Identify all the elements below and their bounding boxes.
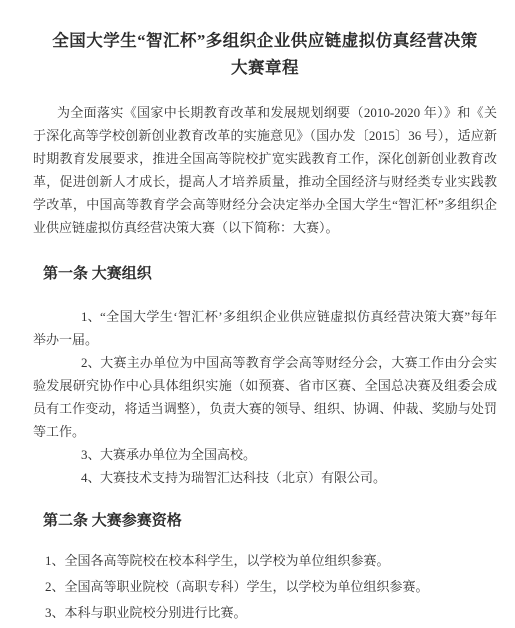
item-number: 1、 <box>45 553 65 568</box>
item-text: 大赛技术支持为瑞智汇达科技（北京）有限公司。 <box>100 470 386 485</box>
item-number: 3、 <box>57 443 100 466</box>
item-text: 本科与职业院校分别进行比赛。 <box>65 605 247 620</box>
section-2-heading: 第二条 大赛参赛资格 <box>33 511 497 531</box>
section-2-list: 1、全国各高等院校在校本科学生，以学校为单位组织参赛。 2、全国高等职业院校（高… <box>33 549 497 624</box>
document-page: 全国大学生“智汇杯”多组织企业供应链虚拟仿真经营决策大赛章程 为全面落实《国家中… <box>0 0 515 628</box>
doc-title-line1: 全国大学生“智汇杯”多组织企业供应链虚拟仿真经营决策 <box>52 31 478 50</box>
list-item: 1、“全国大学生‘智汇杯’多组织企业供应链虚拟仿真经营决策大赛”每年举办一届。 <box>33 305 497 351</box>
list-item: 4、大赛技术支持为瑞智汇达科技（北京）有限公司。 <box>33 466 497 489</box>
item-number: 4、 <box>57 466 100 489</box>
item-number: 3、 <box>45 605 65 620</box>
list-item: 3、大赛承办单位为全国高校。 <box>33 443 497 466</box>
section-1-list: 1、“全国大学生‘智汇杯’多组织企业供应链虚拟仿真经营决策大赛”每年举办一届。 … <box>33 305 497 489</box>
section-1-heading: 第一条 大赛组织 <box>33 264 497 284</box>
item-text: 大赛主办单位为中国高等教育学会高等财经分会，大赛工作由分会实验发展研究协作中心具… <box>33 355 497 439</box>
list-item: 2、大赛主办单位为中国高等教育学会高等财经分会，大赛工作由分会实验发展研究协作中… <box>33 351 497 443</box>
doc-title: 全国大学生“智汇杯”多组织企业供应链虚拟仿真经营决策大赛章程 <box>33 27 497 81</box>
item-text: 全国高等职业院校（高职专科）学生，以学校为单位组织参赛。 <box>65 579 429 594</box>
item-number: 1、 <box>57 305 100 328</box>
item-text: 大赛承办单位为全国高校。 <box>100 447 256 462</box>
item-number: 2、 <box>57 351 100 374</box>
item-number: 2、 <box>45 579 65 594</box>
doc-title-line2: 大赛章程 <box>231 58 299 77</box>
intro-paragraph: 为全面落实《国家中长期教育改革和发展规划纲要（2010-2020 年）》和《关于… <box>33 101 497 239</box>
list-item: 2、全国高等职业院校（高职专科）学生，以学校为单位组织参赛。 <box>33 575 497 598</box>
item-text: “全国大学生‘智汇杯’多组织企业供应链虚拟仿真经营决策大赛”每年举办一届。 <box>33 309 497 347</box>
item-text: 全国各高等院校在校本科学生，以学校为单位组织参赛。 <box>65 553 390 568</box>
list-item: 3、本科与职业院校分别进行比赛。 <box>33 601 497 624</box>
list-item: 1、全国各高等院校在校本科学生，以学校为单位组织参赛。 <box>33 549 497 572</box>
